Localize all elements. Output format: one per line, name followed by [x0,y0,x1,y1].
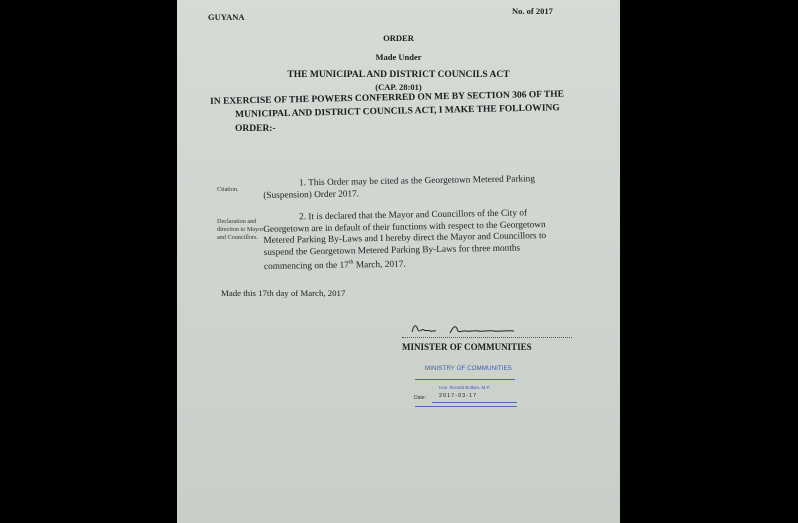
stamp-name: Hon. Ronald Bulkan, M.P. [439,385,490,390]
section-2-line-5-text: commencing on the 17 [264,261,349,272]
made-under: Made Under [177,52,620,62]
stamp-date-line [432,402,517,403]
stamp-ministry: MINISTRY OF COMMUNITIES [425,365,512,372]
margin-note-line: Declaration and [217,218,263,226]
stamp-bottom-line [415,406,517,407]
made-date: Made this 17th day of March, 2017 [221,288,345,298]
section-2: 2. It is declared that the Mayor and Cou… [263,208,574,274]
order-title: ORDER [177,33,620,43]
order-number: No. of 2017 [512,6,553,16]
margin-note-line: direction to Mayor [217,226,263,234]
section-1: 1. This Order may be cited as the George… [263,174,573,203]
signature-icon [410,322,520,336]
stamp-date-value: 2017-03-17 [439,393,477,399]
margin-note-citation: Citation. [217,186,238,194]
section-2-line-5-end: March, 2017. [353,260,405,271]
document-page: GUYANA No. of 2017 ORDER Made Under THE … [177,0,620,523]
stamp-date-label: Date: [414,395,426,401]
preamble-line-2: MUNICIPAL AND DISTRICT COUNCILS ACT, I M… [235,103,560,120]
signatory-title: MINISTER OF COMMUNITIES [402,342,532,352]
margin-note-line: and Councillors. [217,234,263,242]
signature-line [402,337,572,338]
stamp-top-line [415,379,515,380]
act-name: THE MUNICIPAL AND DISTRICT COUNCILS ACT [177,70,620,80]
country-label: GUYANA [208,12,245,22]
preamble-line-3: ORDER:- [235,124,276,134]
margin-note-declaration: Declaration and direction to Mayor and C… [217,218,263,242]
